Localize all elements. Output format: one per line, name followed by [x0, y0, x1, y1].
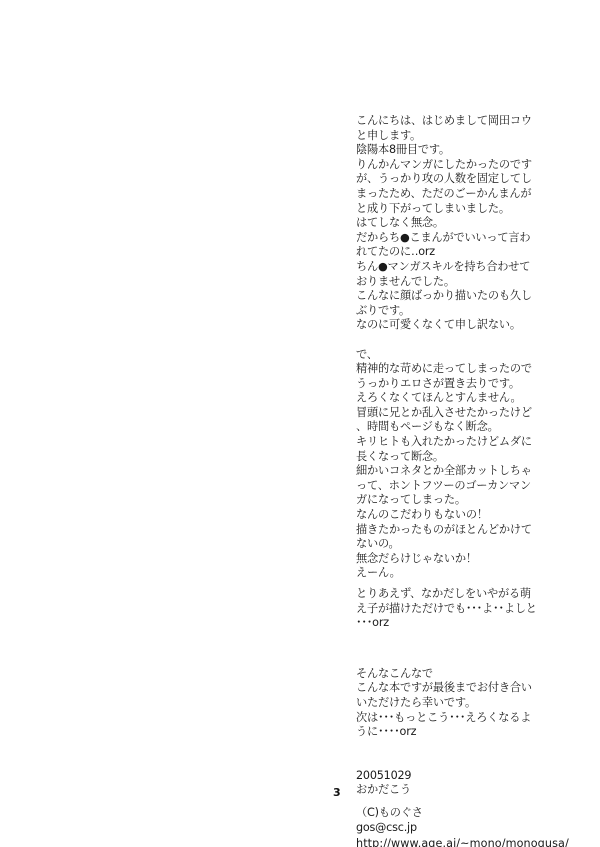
text-line: とりあえず、なかだしをいやがる萌 — [356, 587, 586, 602]
contact-email: gos@csc.jp — [356, 821, 586, 837]
text-line: 次は･･･もっとこう･･･えろくなるよ — [356, 711, 586, 726]
text-line: 、時間もページもなく断念。 — [356, 420, 586, 435]
text-line: はてしなく無念。 — [356, 216, 586, 231]
website-url: http://www.age.ai/~mono/monogusa/ — [356, 837, 586, 847]
text-line: 描きたかったものがほとんどかけて — [356, 523, 586, 538]
text-line: こんにちは、はじめまして岡田コウ — [356, 114, 586, 129]
paragraph-regrets: で、 精神的な苛めに走ってしまったので うっかりエロさが置き去りです。 えろくな… — [356, 348, 586, 582]
text-line: キリヒトも入れたかったけどムダに — [356, 435, 586, 450]
text-line: りんかんマンガにしたかったのです — [356, 158, 586, 173]
text-line: ぶりです。 — [356, 304, 586, 319]
text-line: え子が描けただけでも･･･よ･･よしと — [356, 602, 586, 617]
text-line: おりませんでした。 — [356, 275, 586, 290]
afterword-text-block: こんにちは、はじめまして岡田コウ と申します。 陰陽本8冊目です。 りんかんマン… — [356, 114, 586, 847]
signature-date: 20051029 — [356, 769, 586, 784]
text-line: こんな本ですが最後までお付き合い — [356, 681, 586, 696]
text-line: まったため、ただのごーかんまんが — [356, 187, 586, 202]
text-line: えろくなくてほんとすんません。 — [356, 391, 586, 406]
paragraph-closing: そんなこんなで こんな本ですが最後までお付き合い いただけたら幸いです。 次は･… — [356, 667, 586, 740]
page-number: 3 — [333, 786, 341, 799]
text-line: 冒頭に兄とか乱入させたかったけど — [356, 406, 586, 421]
text-line: と申します。 — [356, 129, 586, 144]
paragraph-introduction: こんにちは、はじめまして岡田コウ と申します。 陰陽本8冊目です。 りんかんマン… — [356, 114, 586, 333]
text-line: が、うっかり攻の人数を固定してし — [356, 172, 586, 187]
text-line: ･･･orz — [356, 616, 586, 631]
paragraph-spacer — [356, 333, 586, 348]
paragraph-spacer — [356, 798, 586, 806]
signature-block: 20051029 おかだこう — [356, 769, 586, 798]
signature-author: おかだこう — [356, 783, 586, 798]
text-line: 長くなって断念。 — [356, 450, 586, 465]
text-line: 陰陽本8冊目です。 — [356, 143, 586, 158]
paragraph-anyway: とりあえず、なかだしをいやがる萌 え子が描けただけでも･･･よ･･よしと ･･･… — [356, 587, 586, 631]
text-line: えーん。 — [356, 566, 586, 581]
text-line: 精神的な苛めに走ってしまったので — [356, 362, 586, 377]
text-line: いただけたら幸いです。 — [356, 696, 586, 711]
paragraph-spacer — [356, 631, 586, 667]
paragraph-spacer — [356, 740, 586, 769]
text-line: だからち●こまんがでいいって言わ — [356, 231, 586, 246]
text-line: こんなに顔ばっかり描いたのも久し — [356, 289, 586, 304]
circle-name: （C)ものぐさ — [356, 806, 586, 822]
text-line: なんのこだわりもないの！ — [356, 508, 586, 523]
text-line: 無念だらけじゃないか！ — [356, 552, 586, 567]
text-line: そんなこんなで — [356, 667, 586, 682]
text-line: ガになってしまった。 — [356, 493, 586, 508]
text-line: と成り下がってしまいました。 — [356, 202, 586, 217]
text-line: なのに可愛くなくて申し訳ない。 — [356, 318, 586, 333]
document-page: こんにちは、はじめまして岡田コウ と申します。 陰陽本8冊目です。 りんかんマン… — [0, 0, 600, 847]
text-line: ないの。 — [356, 537, 586, 552]
credits-block: （C)ものぐさ gos@csc.jp http://www.age.ai/~mo… — [356, 806, 586, 847]
text-line: ちん●マンガスキルを持ち合わせて — [356, 260, 586, 275]
text-line: うに････orz — [356, 725, 586, 740]
text-line: れてたのに‥orz — [356, 245, 586, 260]
text-line: 細かいコネタとか全部カットしちゃ — [356, 464, 586, 479]
text-line: うっかりエロさが置き去りです。 — [356, 377, 586, 392]
text-line: って、ホントフツーのゴーカンマン — [356, 479, 586, 494]
text-line: で、 — [356, 348, 586, 363]
